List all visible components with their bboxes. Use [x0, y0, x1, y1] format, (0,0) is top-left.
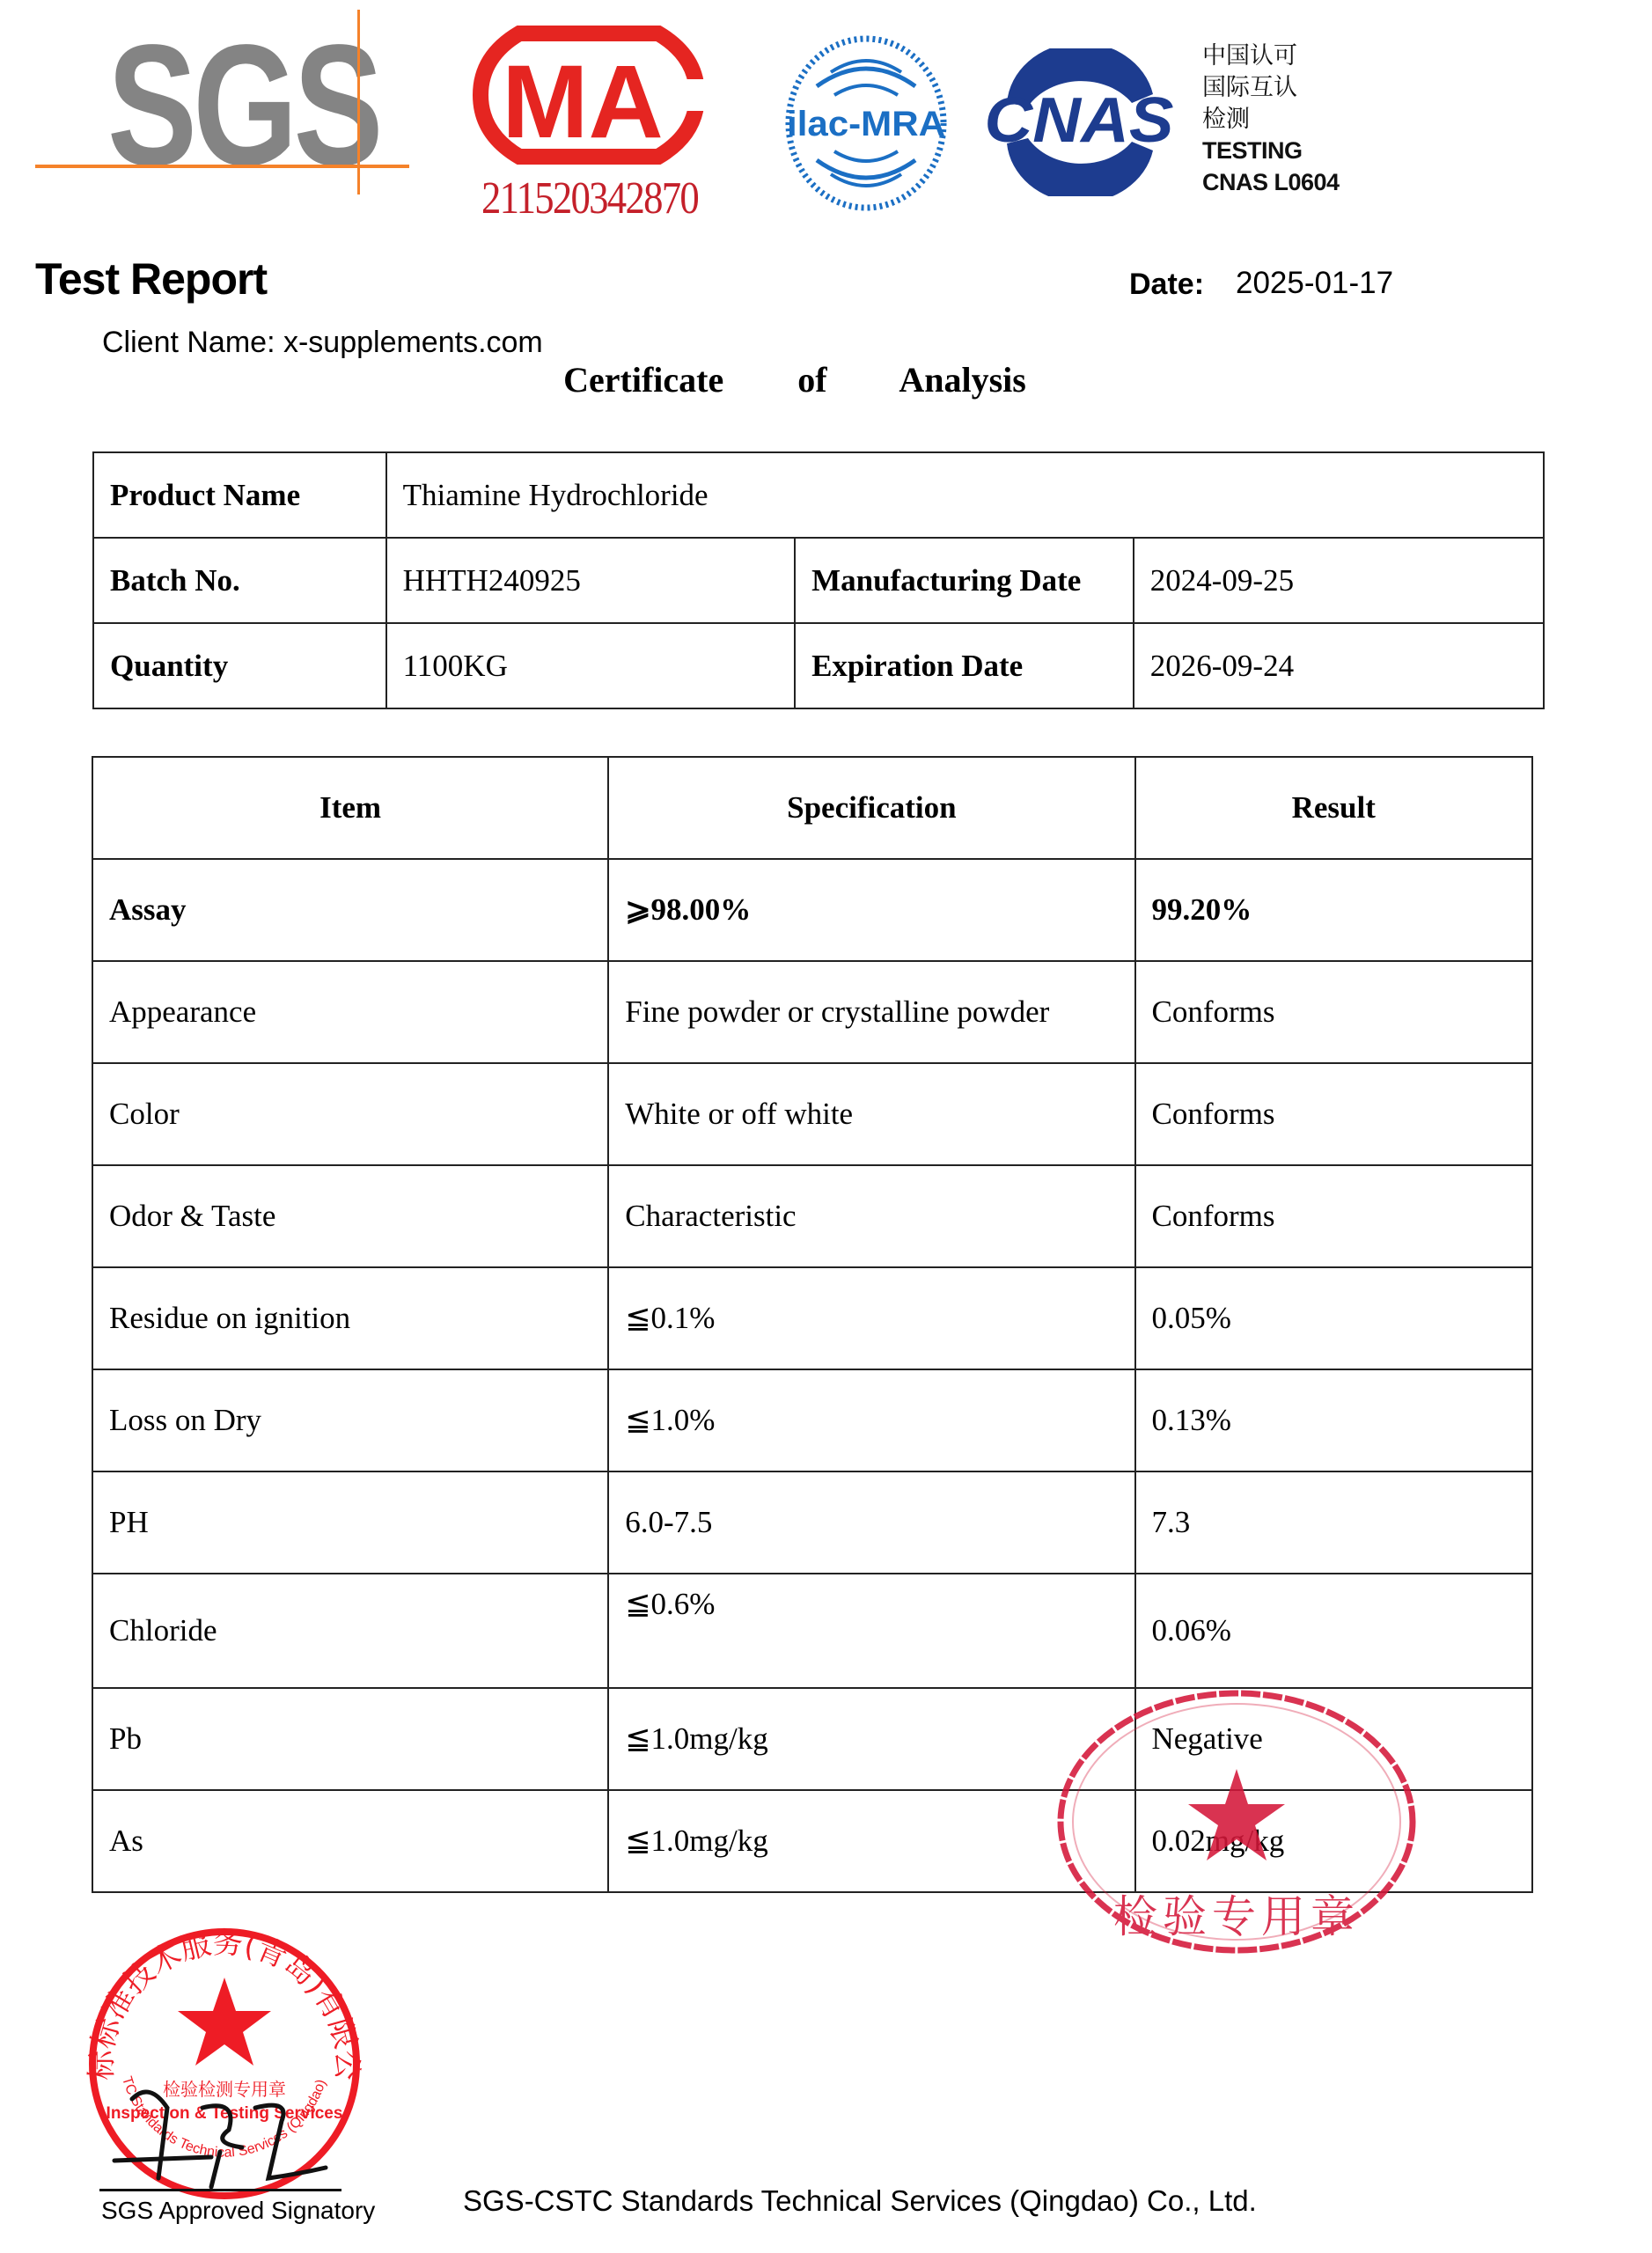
- result-value: Conforms: [1135, 1063, 1533, 1165]
- result-row: Odor & TasteCharacteristicConforms: [92, 1165, 1532, 1267]
- quantity-value: 1100KG: [386, 623, 795, 708]
- client-name-value: x-supplements.com: [283, 326, 543, 359]
- column-header-specification: Specification: [608, 757, 1134, 859]
- cnas-caption: 中国认可 国际互认 检测 TESTING CNAS L0604: [1202, 40, 1340, 198]
- batch-row: Batch No. HHTH240925 Manufacturing Date …: [93, 538, 1544, 623]
- svg-text:检验专用章: 检验专用章: [1113, 1891, 1360, 1942]
- cma-badge-icon: MA: [466, 21, 711, 169]
- cma-number: 211520342870: [476, 172, 703, 224]
- result-item: Residue on ignition: [92, 1267, 608, 1369]
- result-value: 0.02mg/kg: [1135, 1790, 1533, 1892]
- result-specification: Fine powder or crystalline powder: [608, 961, 1134, 1063]
- svg-text:SGS-CSTC Standards Technical S: SGS-CSTC Standards Technical Services (Q…: [79, 1923, 329, 2161]
- company-seal-icon: 通标标准技术服务(青岛)有限公司 检验检测专用章 Inspection & Te…: [79, 1923, 370, 2205]
- svg-text:Inspection & Testing Services: Inspection & Testing Services: [106, 2104, 343, 2123]
- result-value: Negative: [1135, 1688, 1533, 1790]
- result-row: AppearanceFine powder or crystalline pow…: [92, 961, 1532, 1063]
- result-value: 0.13%: [1135, 1369, 1533, 1471]
- result-item: Color: [92, 1063, 608, 1165]
- signature-line: [99, 2189, 341, 2191]
- quantity-row: Quantity 1100KG Expiration Date 2026-09-…: [93, 623, 1544, 708]
- mfg-date-value: 2024-09-25: [1134, 538, 1544, 623]
- ilac-mra-icon: ilac-MRA: [782, 33, 951, 213]
- cma-logo: MA 211520342870: [458, 18, 731, 229]
- results-header-row: Item Specification Result: [92, 757, 1532, 859]
- result-specification: Characteristic: [608, 1165, 1134, 1267]
- result-specification: ≦1.0mg/kg: [608, 1688, 1134, 1790]
- report-title: Test Report: [35, 253, 267, 305]
- svg-text:通标标准技术服务(青岛)有限公司: 通标标准技术服务(青岛)有限公司: [79, 1923, 364, 2081]
- product-name-value: Thiamine Hydrochloride: [386, 452, 1544, 538]
- exp-date-value: 2026-09-24: [1134, 623, 1544, 708]
- company-name-footer: SGS-CSTC Standards Technical Services (Q…: [463, 2184, 1257, 2218]
- cnas-accreditation-number: CNAS L0604: [1202, 166, 1340, 198]
- result-row: As≦1.0mg/kg0.02mg/kg: [92, 1790, 1532, 1892]
- result-specification: ≦1.0%: [608, 1369, 1134, 1471]
- result-row: Chloride≦0.6%0.06%: [92, 1574, 1532, 1688]
- result-value: 0.06%: [1135, 1574, 1533, 1688]
- result-item: Appearance: [92, 961, 608, 1063]
- column-header-result: Result: [1135, 757, 1533, 859]
- result-specification: ⩾98.00%: [608, 859, 1134, 961]
- client-name: Client Name: x-supplements.com: [102, 326, 543, 360]
- cnas-logo: CNAS: [980, 48, 1178, 196]
- product-info-table: Product Name Thiamine Hydrochloride Batc…: [92, 451, 1545, 709]
- svg-text:CNAS: CNAS: [985, 85, 1174, 156]
- result-item: As: [92, 1790, 608, 1892]
- batch-value: HHTH240925: [386, 538, 795, 623]
- date-label: Date:: [1129, 268, 1204, 302]
- result-value: Conforms: [1135, 1165, 1533, 1267]
- cnas-caption-line: 检测: [1202, 103, 1340, 135]
- result-row: Pb≦1.0mg/kgNegative: [92, 1688, 1532, 1790]
- cnas-caption-testing: TESTING: [1202, 135, 1340, 166]
- result-item: Odor & Taste: [92, 1165, 608, 1267]
- product-name-label: Product Name: [93, 452, 386, 538]
- mfg-date-label: Manufacturing Date: [795, 538, 1134, 623]
- cnas-icon: CNAS: [980, 48, 1178, 196]
- result-item: Pb: [92, 1688, 608, 1790]
- result-item: PH: [92, 1471, 608, 1574]
- sgs-company-seal: 通标标准技术服务(青岛)有限公司 检验检测专用章 Inspection & Te…: [79, 1923, 370, 2205]
- result-value: 99.20%: [1135, 859, 1533, 961]
- cnas-caption-line: 国际互认: [1202, 71, 1340, 103]
- result-specification: ≦1.0mg/kg: [608, 1790, 1134, 1892]
- svg-text:ilac-MRA: ilac-MRA: [787, 105, 945, 143]
- result-value: 7.3: [1135, 1471, 1533, 1574]
- sgs-logo-text: SGS: [107, 31, 379, 180]
- svg-text:MA: MA: [502, 44, 664, 160]
- svg-text:检验检测专用章: 检验检测专用章: [163, 2079, 286, 2100]
- exp-date-label: Expiration Date: [795, 623, 1134, 708]
- cnas-caption-line: 中国认可: [1202, 40, 1340, 71]
- result-specification: White or off white: [608, 1063, 1134, 1165]
- sgs-logo-underline: [35, 165, 409, 168]
- ilac-mra-logo: ilac-MRA: [782, 33, 951, 213]
- approved-signatory-label: SGS Approved Signatory: [101, 2197, 375, 2225]
- client-name-label: Client Name:: [102, 326, 275, 359]
- result-value: 0.05%: [1135, 1267, 1533, 1369]
- result-row: PH6.0-7.57.3: [92, 1471, 1532, 1574]
- result-row: Assay⩾98.00%99.20%: [92, 859, 1532, 961]
- sgs-logo-vertical-rule: [357, 10, 360, 194]
- result-row: Loss on Dry≦1.0%0.13%: [92, 1369, 1532, 1471]
- result-row: Residue on ignition≦0.1%0.05%: [92, 1267, 1532, 1369]
- handwritten-signature: [114, 2092, 326, 2187]
- results-table: Item Specification Result Assay⩾98.00%99…: [92, 756, 1533, 1893]
- result-specification: 6.0-7.5: [608, 1471, 1134, 1574]
- document-title: Certificate of Analysis: [0, 359, 1590, 400]
- column-header-item: Item: [92, 757, 608, 859]
- batch-label: Batch No.: [93, 538, 386, 623]
- result-item: Assay: [92, 859, 608, 961]
- result-item: Chloride: [92, 1574, 608, 1688]
- result-row: ColorWhite or off whiteConforms: [92, 1063, 1532, 1165]
- quantity-label: Quantity: [93, 623, 386, 708]
- result-specification: ≦0.1%: [608, 1267, 1134, 1369]
- result-specification: ≦0.6%: [608, 1574, 1134, 1688]
- result-item: Loss on Dry: [92, 1369, 608, 1471]
- result-value: Conforms: [1135, 961, 1533, 1063]
- report-date: 2025-01-17: [1236, 266, 1393, 301]
- product-name-row: Product Name Thiamine Hydrochloride: [93, 452, 1544, 538]
- sgs-logo: SGS: [35, 10, 414, 196]
